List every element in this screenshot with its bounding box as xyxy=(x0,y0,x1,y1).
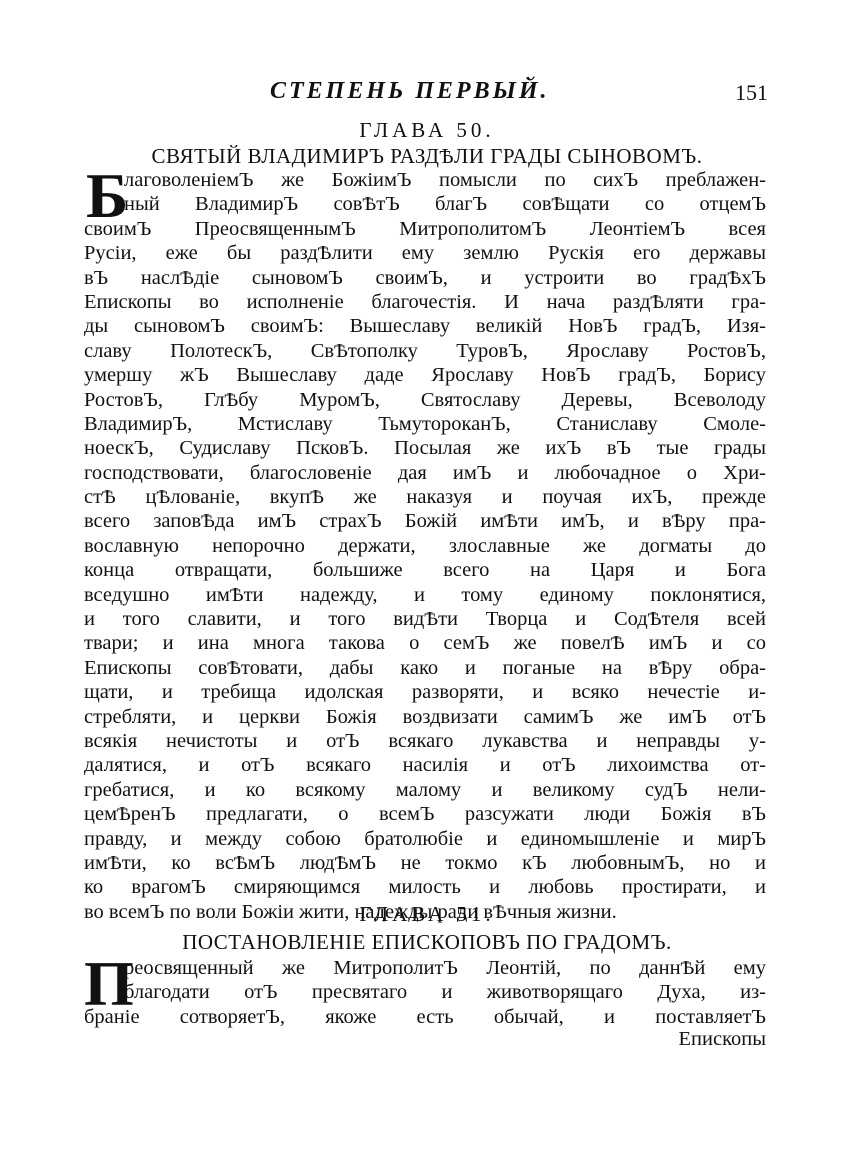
text-line: лаговоленіемЪ же БожіимЪ помысли по сихЪ… xyxy=(84,168,766,192)
text-line: своимЪ ПреосвященнымЪ МитрополитомЪ Леон… xyxy=(84,217,766,241)
text-line: Епископы во исполненіе благочестія. И на… xyxy=(84,290,766,314)
text-line: щати, и требища идолская разворяти, и вс… xyxy=(84,680,766,704)
text-line: стребляти, и церкви Божія воздвизати сам… xyxy=(84,705,766,729)
running-title: СТЕПЕНЬ ПЕРВЫЙ. xyxy=(270,78,550,105)
text-line: умершу жЪ Вышеславу даде Ярославу НовЪ г… xyxy=(84,363,766,387)
chapter-51-label: ГЛАВА 51. xyxy=(0,902,854,927)
text-line: гребатися, и ко всякому малому и великом… xyxy=(84,778,766,802)
text-line: всякія нечистоты и отЪ всякаго лукавства… xyxy=(84,729,766,753)
text-line: ВладимирЪ, Мстиславу ТьмутороканЪ, Стани… xyxy=(84,412,766,436)
text-line: благодати отЪ пресвятаго и животворящаго… xyxy=(84,980,766,1004)
text-line: конца отвращати, большиже всего на Царя … xyxy=(84,558,766,582)
text-line: ноескЪ, Судиславу ПсковЪ. Посылая же ихЪ… xyxy=(84,436,766,460)
text-line: и того славити, и того видѢти Творца и С… xyxy=(84,607,766,631)
text-line: Епископы совѢтовати, дабы како и поганые… xyxy=(84,656,766,680)
text-line: РостовЪ, ГлѢбу МуромЪ, Святославу Деревы… xyxy=(84,388,766,412)
text-line: стѢ цѢлованіе, вкупѢ же наказуя и поучая… xyxy=(84,485,766,509)
text-line: браніе сотворяетЪ, якоже есть обычай, и … xyxy=(84,1005,766,1029)
text-line: далятися, и отЪ всякаго насилія и отЪ ли… xyxy=(84,753,766,777)
chapter-50-label: ГЛАВА 50. xyxy=(0,118,854,143)
text-line: вседушно имѢти надежду, и тому единому п… xyxy=(84,583,766,607)
text-line: твари; и ина многа такова о семЪ же пове… xyxy=(84,631,766,655)
catchword: Епископы xyxy=(679,1028,766,1051)
text-line: вославную непорочно держати, злославные … xyxy=(84,534,766,558)
page-number: 151 xyxy=(735,80,768,106)
book-page: СТЕПЕНЬ ПЕРВЫЙ. 151 ГЛАВА 50. СВЯТЫЙ ВЛА… xyxy=(0,0,854,1150)
text-line: ный ВладимирЪ совѢтЪ благЪ совѢщати со о… xyxy=(84,192,766,216)
text-line: ко врагомЪ смиряющимся милость и любовь … xyxy=(84,875,766,899)
text-line: реосвященный же МитрополитЪ Леонтій, по … xyxy=(84,956,766,980)
text-line: Русіи, еже бы раздѢлити ему землю Рускія… xyxy=(84,241,766,265)
text-line: господствовати, благословеніе дая имЪ и … xyxy=(84,461,766,485)
chapter-50-body: лаговоленіемЪ же БожіимЪ помысли по сихЪ… xyxy=(84,168,766,924)
text-line: славу ПолотескЪ, СвѢтополку ТуровЪ, Ярос… xyxy=(84,339,766,363)
text-line: правду, и между собою братолюбіе и едино… xyxy=(84,827,766,851)
chapter-51-body: реосвященный же МитрополитЪ Леонтій, по … xyxy=(84,956,766,1029)
text-line: имѢти, ко всѢмЪ людѢмЪ не токмо кЪ любов… xyxy=(84,851,766,875)
text-line: цемѢренЪ предлагати, о всемЪ разсужати л… xyxy=(84,802,766,826)
text-line: вЪ наслѢдіе сыновомЪ своимЪ, и устроити … xyxy=(84,266,766,290)
running-head: СТЕПЕНЬ ПЕРВЫЙ. 151 xyxy=(258,78,778,108)
text-line: всего заповѢда имЪ страхЪ Божій имѢти им… xyxy=(84,509,766,533)
text-line: ды сыновомЪ своимЪ: Вышеславу великій Но… xyxy=(84,314,766,338)
